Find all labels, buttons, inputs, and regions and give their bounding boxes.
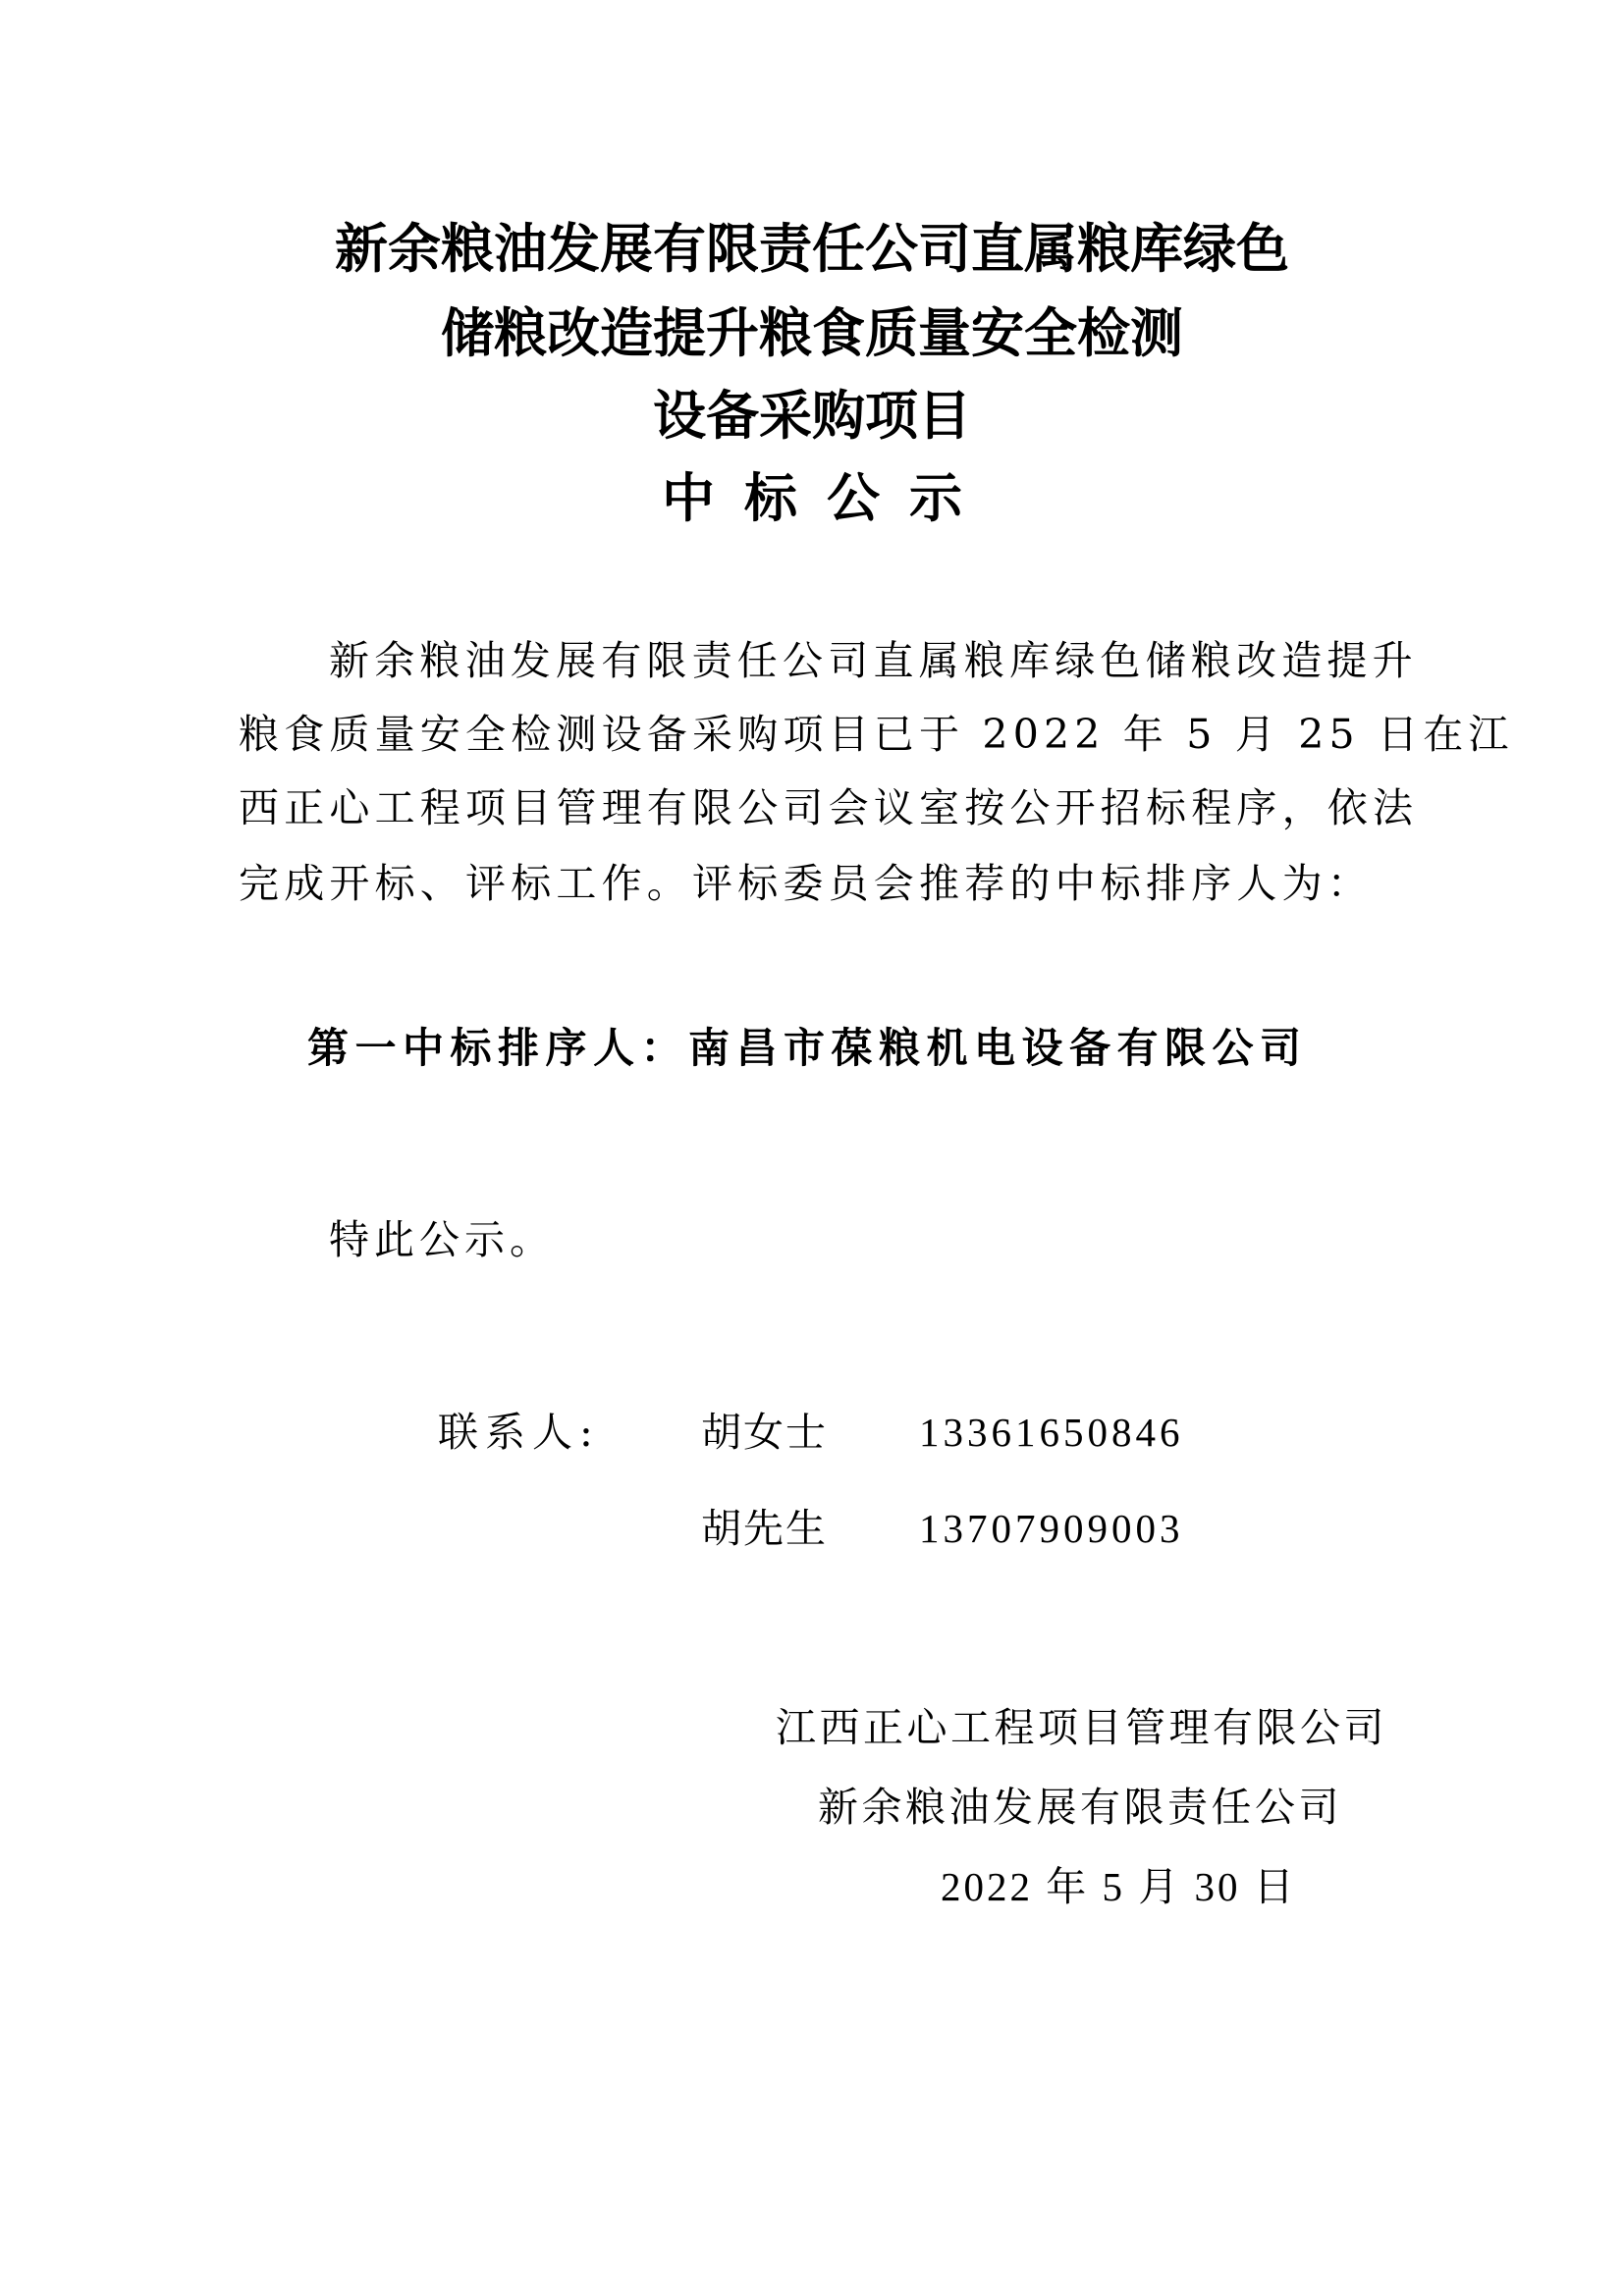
contact-name-1: 胡女士 xyxy=(701,1411,828,1454)
paragraph-line-3: 西正心工程项目管理有限公司会议室按公开招标程序，依法 xyxy=(239,786,1380,829)
contact-phone-2: 13707909003 xyxy=(919,1507,1184,1550)
contacts-label: 联系人: xyxy=(438,1411,600,1454)
contact-phone-1: 13361650846 xyxy=(919,1411,1184,1454)
paragraph-line-2: 粮食质量安全检测设备采购项目已于 2022 年 5 月 25 日在江 xyxy=(239,713,1380,756)
contact-name-2: 胡先生 xyxy=(701,1507,828,1550)
title-line-4-announcement: 中标公示 xyxy=(0,469,1624,528)
title-line-2: 储粮改造提升粮食质量安全检测 xyxy=(0,304,1624,363)
title-line-3: 设备采购项目 xyxy=(0,387,1624,446)
winner-label: 第一中标排序人： xyxy=(307,1024,688,1072)
notice-text: 特此公示。 xyxy=(329,1218,555,1261)
paragraph-line-4: 完成开标、评标工作。评标委员会推荐的中标排序人为： xyxy=(239,862,1380,905)
title-line-1: 新余粮油发展有限责任公司直属粮库绿色 xyxy=(0,220,1624,279)
document-page: 新余粮油发展有限责任公司直属粮库绿色 储粮改造提升粮食质量安全检测 设备采购项目… xyxy=(0,0,1624,2296)
signature-org-purchaser: 新余粮油发展有限责任公司 xyxy=(818,1786,1342,1829)
signature-org-agency: 江西正心工程项目管理有限公司 xyxy=(776,1706,1387,1749)
paragraph-line-1: 新余粮油发展有限责任公司直属粮库绿色储粮改造提升 xyxy=(329,639,1470,682)
winner-company: 南昌市葆粮机电设备有限公司 xyxy=(688,1024,1308,1072)
winning-bidder: 第一中标排序人：南昌市葆粮机电设备有限公司 xyxy=(307,1026,1308,1071)
signature-date: 2022 年 5 月 30 日 xyxy=(941,1865,1297,1908)
